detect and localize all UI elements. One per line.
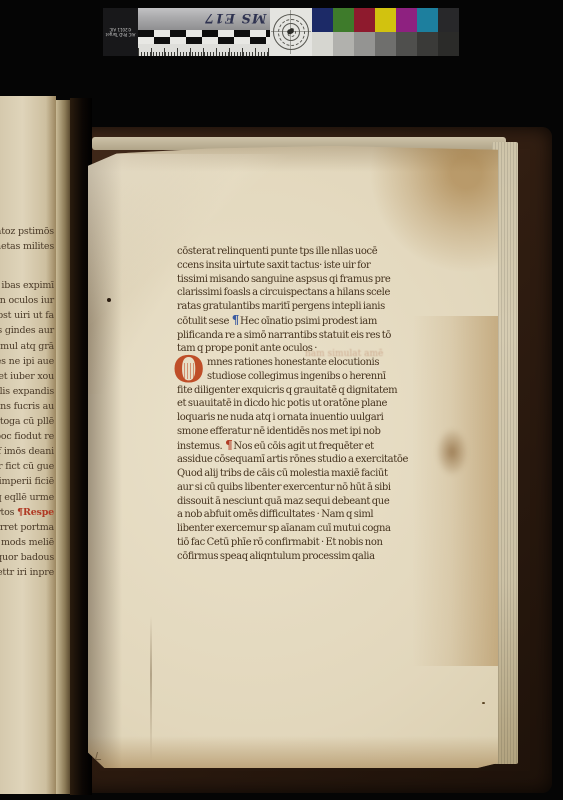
line-text: instemus. xyxy=(177,441,224,452)
text-line: smone efferatur nē identidēs nos met ipi… xyxy=(177,425,403,439)
verso-text-column: imperatoz pstimōsonsa becnetas militesī … xyxy=(0,224,54,580)
text-block: cōsterat relinquenti punte tps ille nlla… xyxy=(177,245,403,563)
gray-patch xyxy=(438,32,459,56)
calibration-bar: AIC PhD Target ©2011 AIC MS E17 xyxy=(103,8,459,56)
line-text: ratas gratulantibs maritī pergens intepl… xyxy=(177,301,385,312)
verso-text-line: exter oiuoquor badous xyxy=(0,550,54,565)
color-patch xyxy=(375,8,396,32)
parchment-stain-edge xyxy=(412,316,498,666)
color-patch xyxy=(354,8,375,32)
text-line: studiose collegimus ingenibs o herennī xyxy=(177,370,403,384)
verso-line-text: ettr iri inpre xyxy=(0,567,54,578)
parchment-crease xyxy=(150,616,152,762)
color-patch-row-gray xyxy=(312,32,459,56)
text-line: libenter exercemur sp aīanam cuī mutui c… xyxy=(177,522,403,536)
checkerboard-row xyxy=(138,37,270,44)
text-line: cōfirmus speaq aliqntulum processim qali… xyxy=(177,550,403,564)
line-text: Quod alij tribs de cāis cū molestia maxi… xyxy=(177,468,388,479)
parchment-stain-blotch xyxy=(436,428,468,476)
focus-target-icon xyxy=(270,8,312,56)
verso-line-text: foam calef imōs deani xyxy=(0,446,54,457)
text-line: a nob abfuit omēs difficultates · Nam q … xyxy=(177,508,403,522)
calibration-label-line2: ©2011 AIC xyxy=(109,27,131,32)
line-text: studiose collegimus ingenibs o herennī xyxy=(207,371,386,382)
verso-line-text: a desisteret iuber xou xyxy=(0,371,54,382)
paragraph-mark: ¶ xyxy=(224,438,233,452)
line-text-after-mark: Nos eū cōis agit ut frequēter et xyxy=(233,441,373,452)
gray-patch xyxy=(312,32,333,56)
line-text: a nob abfuit omēs difficultates · Nam q … xyxy=(177,509,373,520)
color-patch xyxy=(312,8,333,32)
verso-text-line: ocle a malis expandis xyxy=(0,384,54,399)
verso-text-line: plli, nerates ne ipi aue xyxy=(0,354,54,369)
verso-text-line: ī ita res ibas expimī xyxy=(0,278,54,293)
gray-patch xyxy=(417,32,438,56)
line-text-after-mark: Hec oīnatio psimi prodest iam xyxy=(240,316,377,327)
shelfmark-strip: MS E17 xyxy=(138,8,270,30)
verso-text-line: ettr iri inpre xyxy=(0,565,54,580)
verso-text-line: onsa becnetas milites xyxy=(0,239,54,254)
text-line: aur si cū quibs libenter exercentur nō h… xyxy=(177,481,403,495)
verso-text-line: lle georti toga cū pllē xyxy=(0,414,54,429)
parchment-hole xyxy=(107,298,111,302)
verso-line-text: hōiō q simul atq grā xyxy=(0,341,54,352)
text-line: ratas gratulantibs maritī pergens intepl… xyxy=(177,300,403,314)
line-text: loquaris ne nuda atq i ornata inuentio u… xyxy=(177,412,383,423)
color-patch xyxy=(333,8,354,32)
color-patch xyxy=(438,8,459,32)
color-patch-row-top xyxy=(312,8,459,32)
verso-line-text: nus, crere mods meliē xyxy=(0,537,54,548)
text-line: cōsterat relinquenti punte tps ille nlla… xyxy=(177,245,403,259)
line-text: et suauitatē in dicdo hic potis ut oratō… xyxy=(177,398,387,409)
verso-line-text: gracco poc fiodut re xyxy=(0,431,54,442)
ruler-ticks xyxy=(138,44,270,56)
text-line: dissouit ā nesciunt quā maz sequi debean… xyxy=(177,495,403,509)
verso-text-line: a desisteret iuber xou xyxy=(0,369,54,384)
text-line: cōtulit sese ¶Hec oīnatio psimi prodest … xyxy=(177,314,403,329)
gray-patch xyxy=(396,32,417,56)
verso-text-line: nte q post uiri ut fa xyxy=(0,308,54,323)
color-patch xyxy=(417,8,438,32)
line-text: dissouit ā nesciunt quā maz sequi debean… xyxy=(177,496,389,507)
verso-text-line: imperatoz pstimōs xyxy=(0,224,54,239)
line-text: smone efferatur nē identidēs nos met ipi… xyxy=(177,426,381,437)
text-line: tiō fac Cetū phīe rō confirmabit · Et no… xyxy=(177,536,403,550)
verso-text-line: hōiō q simul atq grā xyxy=(0,339,54,354)
verso-line-text: s, q res in oculos iur xyxy=(0,295,54,306)
calibration-label-line1: AIC PhD Target xyxy=(106,32,136,37)
text-line: plificanda re a simō narrantibs statuit … xyxy=(177,329,403,343)
verso-line-text: wlme atq eqllē urme xyxy=(0,492,54,503)
facing-page-edge: imperatoz pstimōsonsa becnetas militesī … xyxy=(0,96,56,794)
rubric-mark: ¶Respe xyxy=(17,507,54,518)
verso-text-line: aut a rebs gindes aur xyxy=(0,323,54,338)
text-line: assidue cōsequamī artis rōnes studio a e… xyxy=(177,453,403,467)
verso-text-line: mplo iuins fucris au xyxy=(0,399,54,414)
verso-line-text: nte q post uiri ut fa xyxy=(0,310,54,321)
offset-ghost-text: nam simulat amē xyxy=(305,349,383,359)
text-line: ccens insita uirtute saxit tactus· iste … xyxy=(177,259,403,273)
gray-patch xyxy=(333,32,354,56)
verso-line-text: ocle a malis expandis xyxy=(0,386,54,397)
text-line: loquaris ne nuda atq i ornata inuentio u… xyxy=(177,411,403,425)
verso-line-text: bita inber fict cū gue xyxy=(0,461,54,472)
line-text: aur si cū quibs libenter exercentur nō h… xyxy=(177,482,391,493)
parchment-speck xyxy=(482,702,485,704)
line-text: tiō fac Cetū phīe rō confirmabit · Et no… xyxy=(177,537,383,548)
verso-text-line: s, q res in oculos iur xyxy=(0,293,54,308)
line-text: clarissimi foasls a circuispectans a hil… xyxy=(177,287,390,298)
verso-line-text: aut a rebs gindes aur xyxy=(0,325,54,336)
illuminated-initial: O xyxy=(173,355,201,385)
verso-line-text: imperatoz pstimōs xyxy=(0,226,54,237)
checkerboard-row xyxy=(138,30,270,37)
verso-line-text: lle georti toga cū pllē xyxy=(0,416,54,427)
line-text: tissimi misando sanguine aspsus qi framu… xyxy=(177,274,390,285)
text-line: Quod alij tribs de cāis cū molestia maxi… xyxy=(177,467,403,481)
line-text: libenter exercemur sp aīanam cuī mutui c… xyxy=(177,523,391,534)
verso-line-text: onsa becnetas milites xyxy=(0,241,54,252)
calibration-ruler-section: MS E17 xyxy=(138,8,270,56)
gray-patch xyxy=(375,32,396,56)
text-line: clarissimi foasls a circuispectans a hil… xyxy=(177,286,403,300)
line-text: ccens insita uirtute saxit tactus· iste … xyxy=(177,260,370,271)
text-line: et suauitatē in dicdo hic potis ut oratō… xyxy=(177,397,403,411)
text-line: fite diligenter exquicris q grauitatē q … xyxy=(177,384,403,398)
line-text: assidue cōsequamī artis rōnes studio a e… xyxy=(177,454,408,465)
paragraph-mark: ¶ xyxy=(231,313,240,327)
line-text: cōfirmus speaq aliqntulum processim qali… xyxy=(177,551,375,562)
verso-line-text: re ferto terrret portma xyxy=(0,522,54,533)
line-text: fite diligenter exquicris q grauitatē q … xyxy=(177,385,397,396)
verso-text-line: foam calef imōs deani xyxy=(0,444,54,459)
photo-stage: AIC PhD Target ©2011 AIC MS E17 xyxy=(0,0,563,800)
verso-line-text: mplo iuins fucris au xyxy=(0,401,54,412)
text-line: tissimi misando sanguine aspsus qi framu… xyxy=(177,273,403,287)
verso-text-line: urtos ¶Respe xyxy=(0,505,54,520)
color-patch xyxy=(396,8,417,32)
verso-line-text: urtos xyxy=(0,507,17,518)
verso-text-line: gracco poc fiodut re xyxy=(0,429,54,444)
calibration-label-block: AIC PhD Target ©2011 AIC xyxy=(103,8,138,56)
verso-text-line: wlme atq eqllē urme xyxy=(0,490,54,505)
text-line: instemus. ¶Nos eū cōis agit ut frequēter… xyxy=(177,439,403,454)
verso-line-text: ī ita res ibas expimī xyxy=(0,280,54,291)
line-text: cōtulit sese xyxy=(177,316,231,327)
verso-line-text: arfic est imperii ficiē xyxy=(0,476,54,487)
calibration-label-text: AIC PhD Target ©2011 AIC xyxy=(103,8,138,56)
handwritten-shelfmark: MS E17 xyxy=(204,10,266,25)
line-text: cōsterat relinquenti punte tps ille nlla… xyxy=(177,246,377,257)
verso-line-text: exter oiuoquor badous xyxy=(0,552,54,563)
verso-text-line: re ferto terrret portma xyxy=(0,520,54,535)
verso-text-line: arfic est imperii ficiē xyxy=(0,474,54,489)
verso-text-line: nus, crere mods meliē xyxy=(0,535,54,550)
verso-text-line: bita inber fict cū gue xyxy=(0,459,54,474)
gray-patch xyxy=(354,32,375,56)
verso-line-text: plli, nerates ne ipi aue xyxy=(0,356,54,367)
manuscript-page: cōsterat relinquenti punte tps ille nlla… xyxy=(88,146,498,768)
line-text: plificanda re a simō narrantibs statuit … xyxy=(177,330,391,341)
